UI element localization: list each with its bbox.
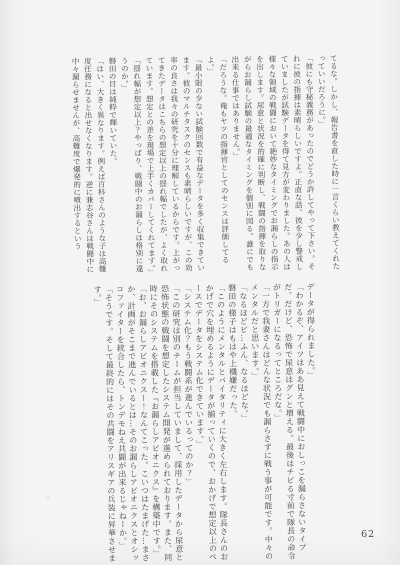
paragraph: 「だろうな。俺もヤツの指揮官としてのセンスは評価してるよ。」 xyxy=(204,56,231,272)
lower-text-block: データが得られました。」 「わかるぞ、アイツはああ見えて戦闘中におしっこを漏らさ… xyxy=(72,283,319,564)
paragraph: 「彼にも守秘義務があったのでどうか許してやって下さい。それに彼の指揮は素晴らしい… xyxy=(229,55,318,272)
paragraph: 「揺れ幅が想定以上？やっぱり、戦闘中のお漏らしは格別に違うのか。」 xyxy=(118,57,145,273)
scan-tilt-wrapper: てるな。しかし、報告書を直した時に一言くらい教えてくれたっていいだろうに。」 「… xyxy=(0,0,400,565)
page-number: 62 xyxy=(361,529,375,540)
paragraph: 「この研究は別のチームが担当していまして、採用したデータから尿意と恐怖状態の戦闘… xyxy=(148,284,185,562)
paragraph: 「わかるぞ、アイツはああ見えて戦闘中におしっこを漏らさないタイプだ。だけど、恐怖… xyxy=(271,283,308,561)
paragraph: 「はい、大きく異なります。例えば百科さんのような子は高難度任務になると出せなくな… xyxy=(69,57,109,273)
paragraph: 「お、お漏らしアビオニクスー！なんてこった。こいつはたまげた…まさか、計画がそこ… xyxy=(114,285,151,563)
scanned-page: てるな。しかし、報告書を直した時に一言くらい教えてくれたっていいだろうに。」 「… xyxy=(0,0,400,565)
paragraph: てるな。しかし、報告書を直した時に一言くらい教えてくれたっていいだろうに。」 xyxy=(315,54,342,270)
upper-text-block: てるな。しかし、報告書を直した時に一言くらい教えてくれたっていいだろうに。」 「… xyxy=(67,54,342,273)
paragraph: 「最小限の少ない試験回数で有益なデータを多く収集できています。彼のマルチタスクの… xyxy=(142,56,206,273)
paragraph: 「そうです。そして最終的にはその共闘をアリスギアの兵装に昇華させます。」 xyxy=(92,285,118,563)
paragraph: 「このようにメンタルとバイタリティに大きく左右します。隊長さんのおかげで穴を埋め… xyxy=(193,284,230,562)
paragraph: 「一方で我妻さんはどんな状況でも漏らさずに戦う事が可能です。中々のメンタルだと思… xyxy=(249,283,275,561)
